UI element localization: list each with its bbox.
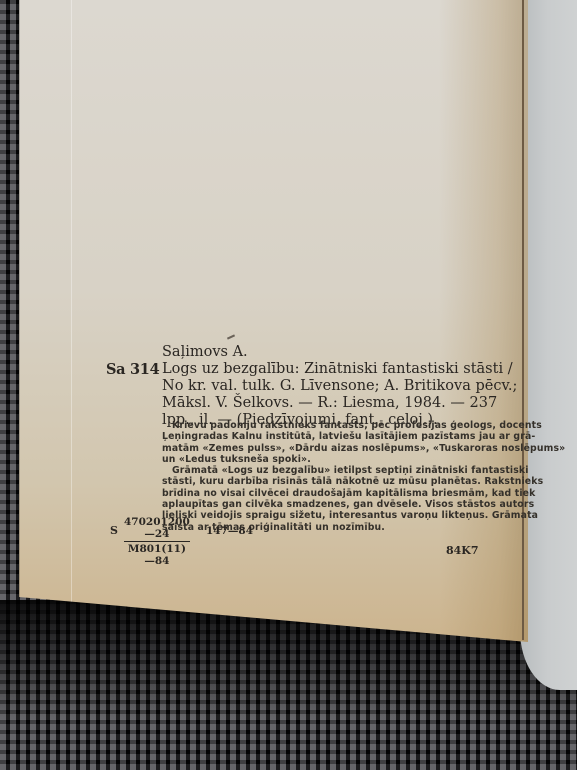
catalog-order: 147—84 <box>206 525 253 537</box>
book-gutter <box>522 0 524 640</box>
annotation-line: un «Ledus tuksneša spoki». <box>162 454 516 465</box>
catalog-numerator: 470201200—24 <box>124 516 190 542</box>
main-entry-line: Māksl. V. Šelkovs. — R.: Liesma, 1984. —… <box>162 395 522 412</box>
page-fold-line <box>71 0 72 620</box>
annotation-line: stāsti, kuru darbība risinās tālā nākotn… <box>162 476 516 487</box>
main-entry-line: No kr. val. tulk. G. Līvensone; A. Briti… <box>162 378 522 395</box>
facing-page <box>520 0 577 690</box>
author-name: Saļimovs A. <box>162 344 248 360</box>
catalog-fraction: 470201200—24 M801(11)—84 <box>124 516 190 567</box>
bbk-index: 84K7 <box>446 544 479 557</box>
call-number: Sa 314 <box>106 361 159 378</box>
annotation-line: matām «Zemes pulss», «Dārdu aizas noslēp… <box>162 443 516 454</box>
annotation-line: aplaupītas gan cilvēka smadzenes, gan dv… <box>162 499 516 510</box>
annotation-line: Grāmatā «Logs uz bezgalību» ietilpst sep… <box>162 465 516 476</box>
annotation: Krievu padomju rakstnieks fantasts, pēc … <box>162 420 516 533</box>
catalog-prefix: S <box>110 524 118 537</box>
annotation-line: Krievu padomju rakstnieks fantasts, pēc … <box>162 420 516 431</box>
annotation-line: brīdina no visai cilvēcei draudošajām ka… <box>162 488 516 499</box>
annotation-line: Ļeņingradas Kalnu institūtā, latviešu la… <box>162 431 516 442</box>
catalog-denominator: M801(11)—84 <box>124 542 190 567</box>
annotation-paragraph-author: Krievu padomju rakstnieks fantasts, pēc … <box>162 420 516 465</box>
annotation-line: lieliski veidojis spraigu sižetu, intere… <box>162 510 516 521</box>
main-entry-line: Logs uz bezgalību: Zinātniski fantastisk… <box>162 361 522 378</box>
main-entry: Logs uz bezgalību: Zinātniski fantastisk… <box>162 361 522 429</box>
annotation-paragraph-book: Grāmatā «Logs uz bezgalību» ietilpst sep… <box>162 465 516 533</box>
